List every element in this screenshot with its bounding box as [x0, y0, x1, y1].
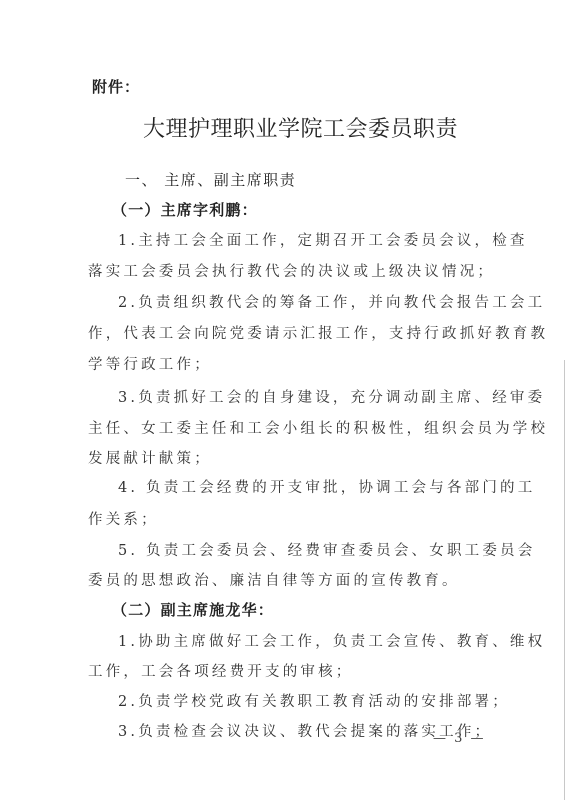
chair-duty-line: 落实工会委员会执行教代会的决议或上级决议情况；: [88, 260, 495, 281]
chair-duty-line: 作，代表工会向院党委请示汇报工作，支持行政抓好教育教: [88, 322, 548, 343]
chair-duty-line: 3.负责抓好工会的自身建设，充分调动副主席、经审委: [118, 386, 545, 407]
chair-duty-line: 1.主持工会全面工作，定期召开工会委员会议，检查: [118, 229, 528, 250]
chair-duty-line: 学等行政工作；: [88, 353, 212, 374]
vice-chair-duty-line: 工作，工会各项经费开支的审核；: [88, 660, 354, 681]
chair-duty-line: 作关系；: [88, 508, 159, 529]
page-number: — 3 —: [433, 731, 486, 746]
scan-edge-line: [564, 360, 565, 800]
chair-duty-line: 主任、女工委主任和工会小组长的积极性，组织会员为学校: [88, 417, 548, 438]
chair-duty-line: 4. 负责工会经费的开支审批，协调工会与各部门的工: [118, 476, 535, 497]
chair-duty-line: 委员的思想政治、廉洁自律等方面的宣传教育。: [88, 569, 460, 590]
attachment-label: 附件：: [92, 76, 140, 97]
chair-duty-line: 5. 负责工会委员会、经费审查委员会、女职工委员会: [118, 539, 535, 560]
vice-chair-duty-line: 1.协助主席做好工会工作，负责工会宣传、教育、维权: [118, 630, 545, 651]
chair-duty-line: 2.负责组织教代会的筹备工作，并向教代会报告工会工: [118, 291, 545, 312]
chair-heading: （一）主席字利鹏：: [112, 199, 258, 220]
document-title: 大理护理职业学院工会委员职责: [143, 112, 458, 143]
vice-chair-heading: （二）副主席施龙华：: [112, 599, 274, 620]
chair-duty-line: 发展献计献策；: [88, 447, 212, 468]
section-heading: 一、 主席、副主席职责: [125, 169, 296, 190]
document-page: 附件： 大理护理职业学院工会委员职责 一、 主席、副主席职责 （一）主席字利鹏：…: [0, 0, 566, 800]
vice-chair-duty-line: 2.负责学校党政有关教职工教育活动的安排部署；: [118, 690, 510, 711]
